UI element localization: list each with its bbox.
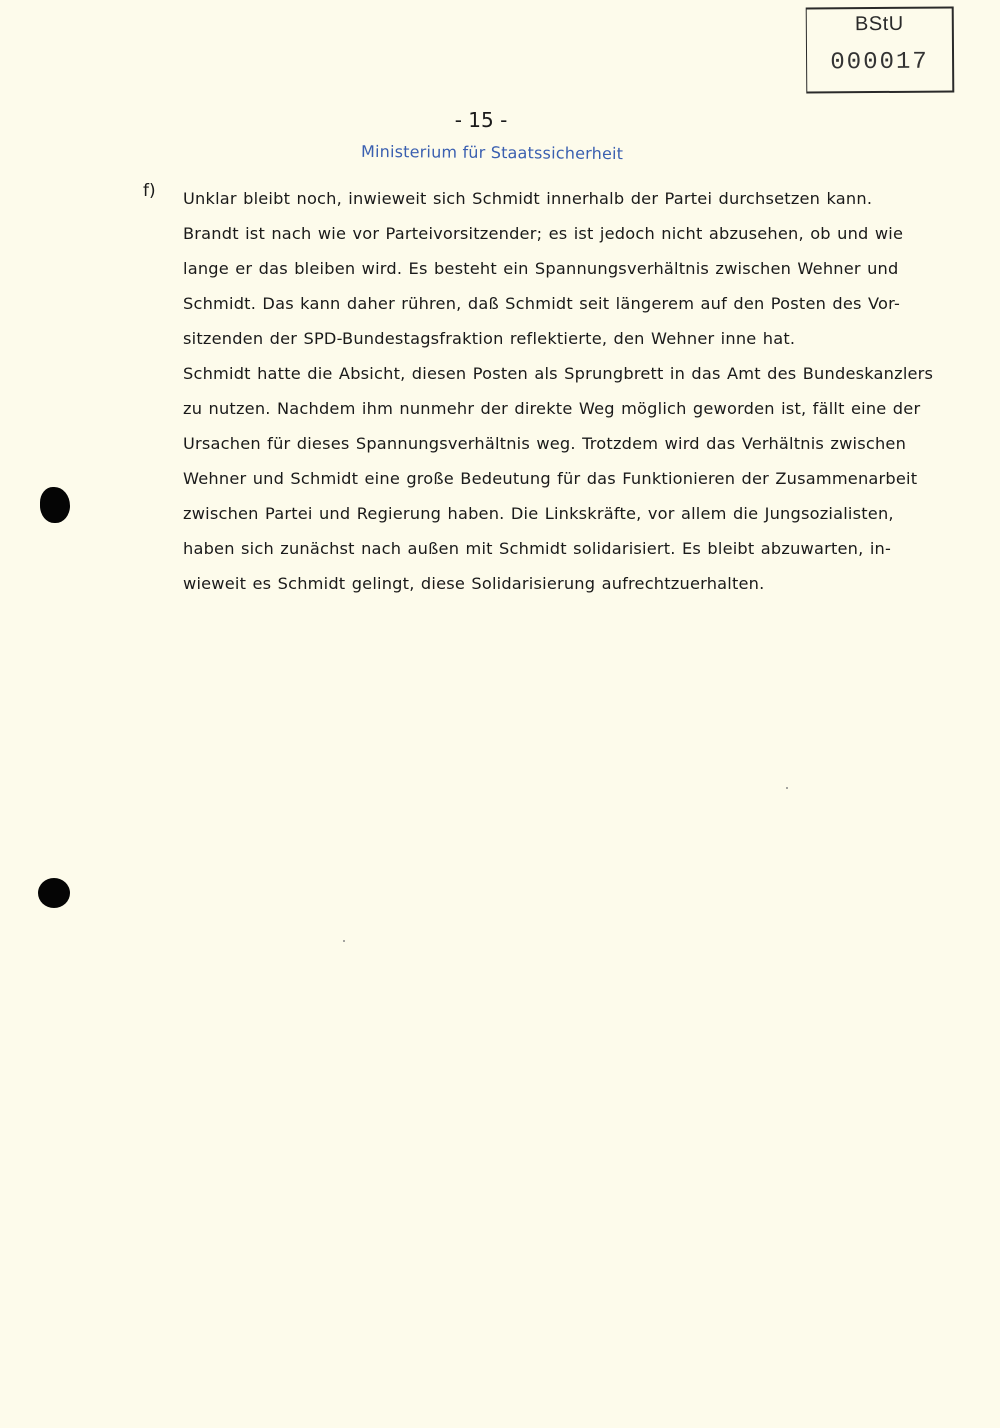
text-line: Ursachen für dieses Spannungsverhältnis … <box>183 426 963 461</box>
archive-stamp-number: 000017 <box>807 48 952 76</box>
text-line: Schmidt hatte die Absicht, diesen Posten… <box>183 356 963 391</box>
archive-stamp: BStU 000017 <box>806 6 955 93</box>
text-line: Unklar bleibt noch, inwieweit sich Schmi… <box>183 181 963 216</box>
text-line: wieweit es Schmidt gelingt, diese Solida… <box>183 566 963 601</box>
text-line: Brandt ist nach wie vor Parteivorsitzend… <box>183 216 963 251</box>
page-number-text: - 15 - <box>455 108 508 132</box>
text-line: zwischen Partei und Regierung haben. Die… <box>183 496 963 531</box>
ministry-stamp: Ministerium für Staatssicherheit <box>361 142 623 163</box>
text-line: zu nutzen. Nachdem ihm nunmehr der direk… <box>183 391 963 426</box>
punch-hole-icon <box>40 487 70 523</box>
text-line: haben sich zunächst nach außen mit Schmi… <box>183 531 963 566</box>
paper-speck <box>343 940 345 942</box>
section-body: Unklar bleibt noch, inwieweit sich Schmi… <box>183 181 963 601</box>
archive-stamp-title: BStU <box>807 12 952 36</box>
text-line: lange er das bleiben wird. Es besteht ei… <box>183 251 963 286</box>
text-line: Schmidt. Das kann daher rühren, daß Schm… <box>183 286 963 321</box>
section-label: f) <box>143 181 156 201</box>
paper-speck <box>786 787 788 789</box>
text-line: Wehner und Schmidt eine große Bedeutung … <box>183 461 963 496</box>
punch-hole-icon <box>38 878 70 908</box>
text-line: sitzenden der SPD-Bundestagsfraktion ref… <box>183 321 963 356</box>
page-number: - 15 - <box>0 108 1000 132</box>
